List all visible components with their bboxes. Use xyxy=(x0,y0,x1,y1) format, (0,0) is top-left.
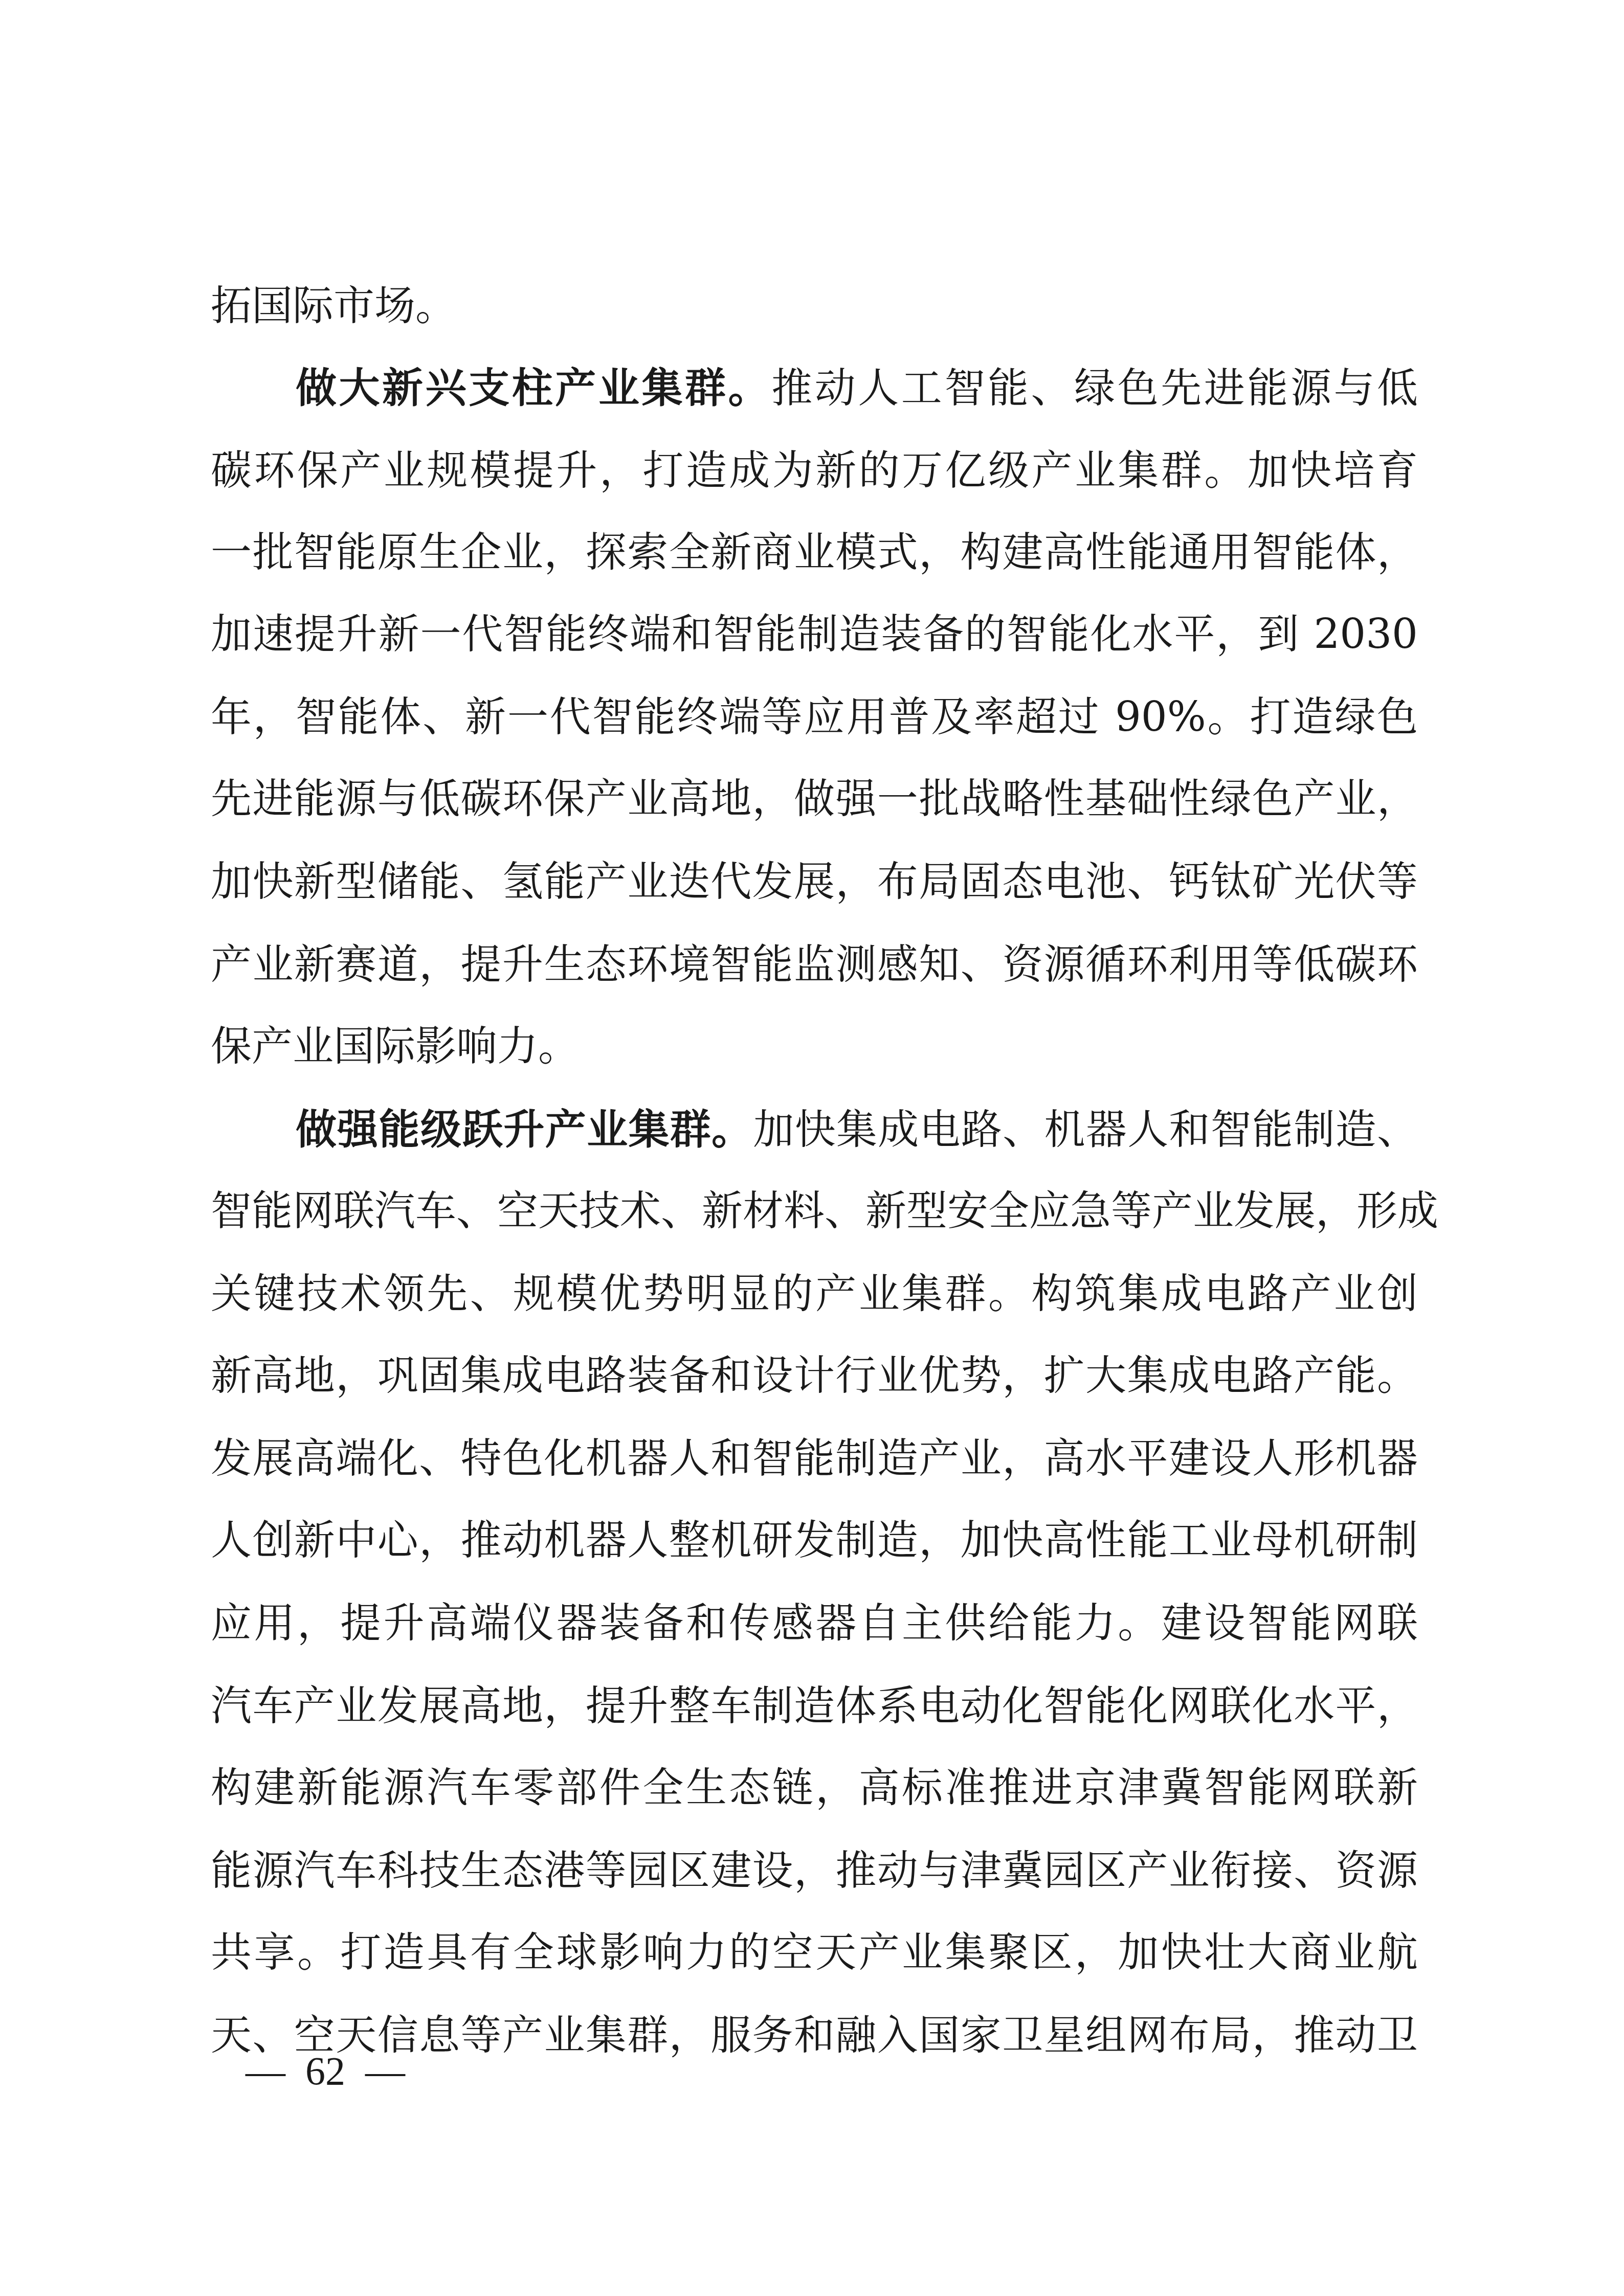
text-line: 产业新赛道，提升生态环境智能监测感知、资源循环利用等低碳环 xyxy=(211,939,1418,990)
text-line: 能源汽车科技生态港等园区建设，推动与津冀园区产业衔接、资源 xyxy=(211,1845,1418,1896)
text-span: 推动人工智能、绿色先进能源与低 xyxy=(771,364,1418,412)
text-line: 保产业国际影响力。 xyxy=(211,1021,1418,1072)
text-line: 发展高端化、特色化机器人和智能制造产业，高水平建设人形机器 xyxy=(211,1433,1418,1484)
page-number: — 62 — xyxy=(246,2045,405,2097)
text-line: 做强能级跃升产业集群。加快集成电路、机器人和智能制造、 xyxy=(296,1104,1418,1155)
text-line: 一批智能原生企业，探索全新商业模式，构建高性能通用智能体， xyxy=(211,527,1418,578)
text-line: 应用，提升高端仪器装备和传感器自主供给能力。建设智能网联 xyxy=(211,1597,1418,1649)
text-line: 汽车产业发展高地，提升整车制造体系电动化智能化网联化水平， xyxy=(211,1680,1418,1731)
text-line: 人创新中心，推动机器人整机研发制造，加快高性能工业母机研制 xyxy=(211,1515,1418,1566)
text-line: 年，智能体、新一代智能终端等应用普及率超过 90%。打造绿色 xyxy=(211,691,1418,742)
text-line: 关键技术领先、规模优势明显的产业集群。构筑集成电路产业创 xyxy=(211,1268,1418,1319)
text-line: 构建新能源汽车零部件全生态链，高标准推进京津冀智能网联新 xyxy=(211,1762,1418,1813)
section-heading: 做大新兴支柱产业集群。 xyxy=(296,364,771,412)
section-heading: 做强能级跃升产业集群。 xyxy=(296,1105,753,1153)
text-line: 拓国际市场。 xyxy=(211,280,1418,331)
text-line: 加速提升新一代智能终端和智能制造装备的智能化水平，到 2030 xyxy=(211,609,1418,660)
text-line: 碳环保产业规模提升，打造成为新的万亿级产业集群。加快培育 xyxy=(211,445,1418,496)
document-page: 拓国际市场。 做大新兴支柱产业集群。推动人工智能、绿色先进能源与低 碳环保产业规… xyxy=(0,0,1624,2296)
text-line: 共享。打造具有全球影响力的空天产业集聚区，加快壮大商业航 xyxy=(211,1927,1418,1978)
text-span: 加快集成电路、机器人和智能制造、 xyxy=(753,1106,1418,1153)
text-line: 新高地，巩固集成电路装备和设计行业优势，扩大集成电路产能。 xyxy=(211,1350,1418,1401)
text-line: 智能网联汽车、空天技术、新材料、新型安全应急等产业发展，形成 xyxy=(211,1185,1418,1236)
text-line: 做大新兴支柱产业集群。推动人工智能、绿色先进能源与低 xyxy=(296,362,1418,414)
text-line: 加快新型储能、氢能产业迭代发展，布局固态电池、钙钛矿光伏等 xyxy=(211,856,1418,907)
text-line: 先进能源与低碳环保产业高地，做强一批战略性基础性绿色产业， xyxy=(211,773,1418,824)
